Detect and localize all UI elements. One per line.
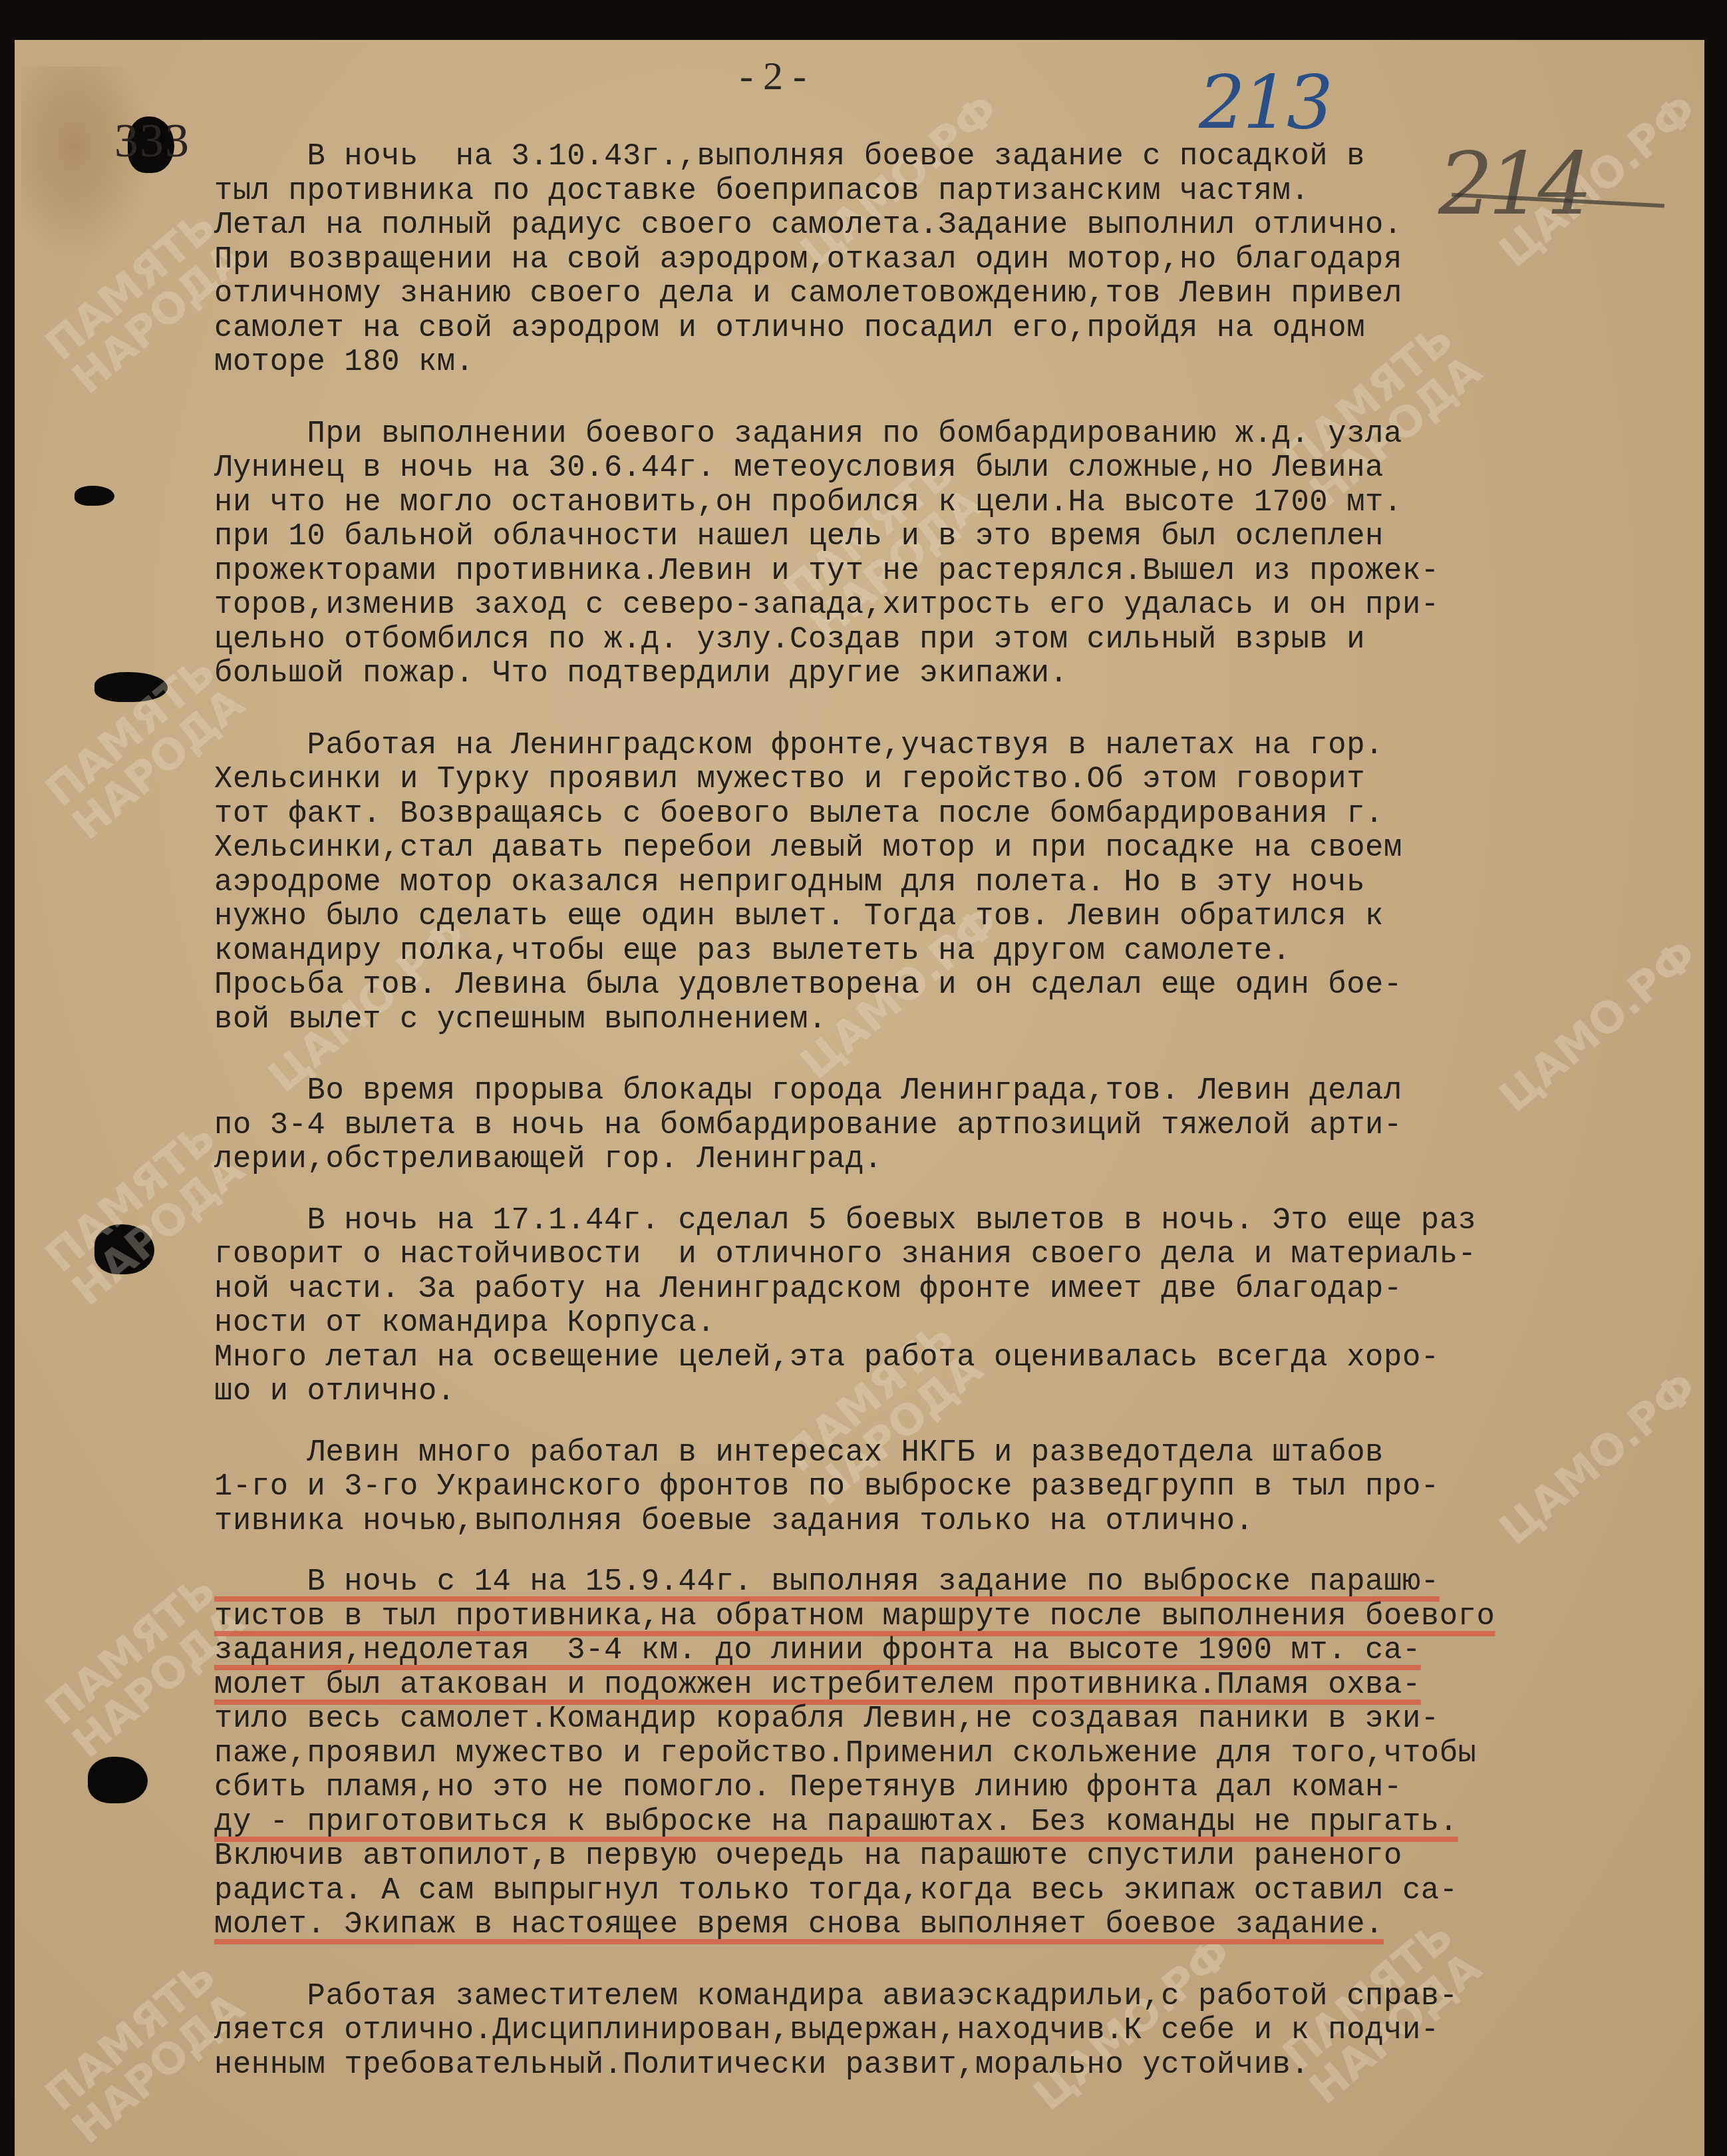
text-line-underlined: ду - приготовиться к выброске на парашют… <box>214 1805 1678 1840</box>
text-line: В ночь на 17.1.44г. сделал 5 боевых выле… <box>214 1204 1678 1238</box>
text-line: вой вылет с успешным выполнением. <box>214 1003 1678 1037</box>
text-line: цельно отбомбился по ж.д. узлу.Создав пр… <box>214 623 1678 657</box>
text-line: лерии,обстреливающей гор. Ленинград. <box>214 1143 1678 1177</box>
text-line: аэродроме мотор оказался непригодным для… <box>214 866 1678 900</box>
text-line: тило весь самолет.Командир корабля Левин… <box>214 1702 1678 1737</box>
text-line: ляется отлично.Дисциплинирован,выдержан,… <box>214 2014 1678 2048</box>
left-margin-number: 333 <box>114 113 190 168</box>
text-line: командиру полка,чтобы еще раз вылететь н… <box>214 934 1678 969</box>
text-line: моторе 180 км. <box>214 345 1678 380</box>
text-line: Включив автопилот,в первую очередь на па… <box>214 1839 1678 1874</box>
text-line: Хельсинки и Турку проявил мужество и гер… <box>214 763 1678 797</box>
text-line: Работая заместителем командира авиаэскад… <box>214 1980 1678 2014</box>
text-line: торов,изменив заход с северо-запада,хитр… <box>214 588 1678 623</box>
text-line: тивника ночью,выполняя боевые задания то… <box>214 1505 1678 1539</box>
text-line: Лунинец в ночь на 30.6.44г. метеоусловия… <box>214 451 1678 486</box>
document-sheet: ПАМЯТЬ НАРОДА ПАМЯТЬ НАРОДА ПАМЯТЬ НАРОД… <box>15 40 1704 2156</box>
text-line: по 3-4 вылета в ночь на бомбардирование … <box>214 1109 1678 1143</box>
page-number: - 2 - <box>740 53 806 99</box>
text-line: шо и отлично. <box>214 1375 1678 1409</box>
text-line: отличному знанию своего дела и самолетов… <box>214 277 1678 311</box>
paragraph: В ночь на 3.10.43г.,выполняя боевое зада… <box>214 140 1678 380</box>
paragraph: Работая на Ленинградском фронте,участвуя… <box>214 729 1678 1037</box>
text-line: ненным требовательный.Политически развит… <box>214 2048 1678 2083</box>
text-line: 1-го и 3-го Украинского фронтов по выбро… <box>214 1470 1678 1505</box>
paragraph: В ночь на 17.1.44г. сделал 5 боевых выле… <box>214 1204 1678 1409</box>
text-line: радиста. А сам выпрыгнул только тогда,ко… <box>214 1874 1678 1908</box>
text-line: паже,проявил мужество и геройство.Примен… <box>214 1737 1678 1771</box>
paragraph: При выполнении боевого задания по бомбар… <box>214 417 1678 691</box>
text-line: нужно было сделать еще один вылет. Тогда… <box>214 900 1678 934</box>
text-line: ности от командира Корпуса. <box>214 1306 1678 1341</box>
text-line: тот факт. Возвращаясь с боевого вылета п… <box>214 797 1678 832</box>
text-line-underlined: молет. Экипаж в настоящее время снова вы… <box>214 1908 1678 1942</box>
paragraph: Работая заместителем командира авиаэскад… <box>214 1980 1678 2083</box>
text-line-underlined: тистов в тыл противника,на обратном марш… <box>214 1600 1678 1634</box>
document-body: В ночь на 3.10.43г.,выполняя боевое зада… <box>214 140 1678 2082</box>
text-line: говорит о настойчивости и отличного знан… <box>214 1238 1678 1272</box>
text-line: В ночь на 3.10.43г.,выполняя боевое зада… <box>214 140 1678 174</box>
text-line: прожекторами противника.Левин и тут не р… <box>214 554 1678 589</box>
archive-number-handwritten: 213 <box>1199 60 1331 145</box>
text-line: ной части. За работу на Ленинградском фр… <box>214 1272 1678 1307</box>
punch-hole <box>94 1224 154 1274</box>
text-line: При выполнении боевого задания по бомбар… <box>214 417 1678 452</box>
text-line: Хельсинки,стал давать перебои левый мото… <box>214 831 1678 866</box>
text-line: ни что не могло остановить,он пробился к… <box>214 486 1678 520</box>
punch-hole <box>75 486 114 506</box>
text-line: При возвращении на свой аэродром,отказал… <box>214 243 1678 277</box>
text-line-underlined: В ночь с 14 на 15.9.44г. выполняя задани… <box>214 1565 1678 1600</box>
text-line: тыл противника по доставке боеприпасов п… <box>214 174 1678 209</box>
text-line-underlined: задания,недолетая 3-4 км. до линии фронт… <box>214 1634 1678 1668</box>
text-line: Левин много работал в интересах НКГБ и р… <box>214 1436 1678 1471</box>
text-line: Много летал на освещение целей,эта работ… <box>214 1341 1678 1375</box>
paragraph: Во время прорыва блокады города Ленингра… <box>214 1074 1678 1177</box>
text-line: Во время прорыва блокады города Ленингра… <box>214 1074 1678 1109</box>
punch-hole <box>88 1757 148 1803</box>
text-line: большой пожар. Что подтвердили другие эк… <box>214 657 1678 691</box>
paragraph: Левин много работал в интересах НКГБ и р… <box>214 1436 1678 1539</box>
text-line: Просьба тов. Левина была удовлетворена и… <box>214 968 1678 1003</box>
text-line: при 10 бальной облачности нашел цель и в… <box>214 520 1678 554</box>
text-line: самолет на свой аэродром и отлично посад… <box>214 311 1678 346</box>
paragraph-highlighted: В ночь с 14 на 15.9.44г. выполняя задани… <box>214 1565 1678 1942</box>
text-line: Летал на полный радиус своего самолета.З… <box>214 208 1678 243</box>
text-line: Работая на Ленинградском фронте,участвуя… <box>214 729 1678 763</box>
punch-hole <box>94 672 168 702</box>
text-line-underlined: молет был атакован и подожжен истребител… <box>214 1668 1678 1703</box>
text-line: сбить пламя,но это не помогло. Перетянув… <box>214 1771 1678 1805</box>
